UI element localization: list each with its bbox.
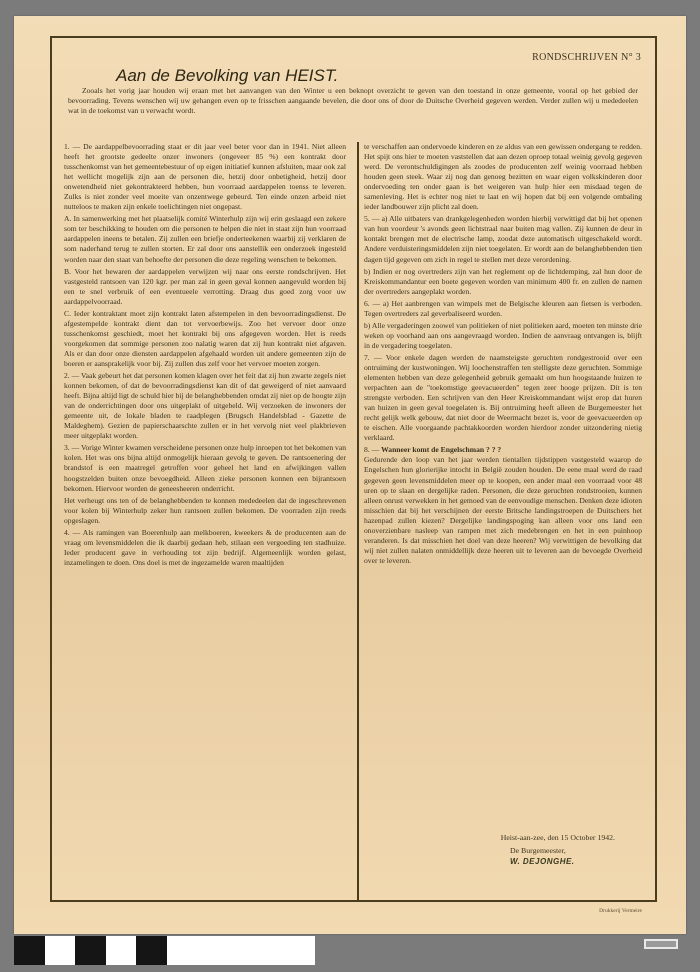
signatory-name: W. DEJONGHE. <box>510 857 575 866</box>
intro-paragraph: Zooals het vorig jaar houden wij eraan m… <box>68 86 638 117</box>
paragraph-number: 6. — <box>364 299 383 308</box>
paragraph: 8. — Wanneer komt de Engelschman ? ? ?Ge… <box>364 445 642 566</box>
paragraph-number: 2. — <box>64 371 81 380</box>
paragraph-text: a) Alle uitbaters van drankgelegenheden … <box>364 214 642 263</box>
scale-block-white <box>106 936 136 965</box>
paragraph-number: C. <box>64 309 74 318</box>
paragraph-text: Als ramingen van Boerenhulp aan melkboer… <box>64 528 346 567</box>
paragraph-text: Vorige Winter kwamen verscheidene person… <box>64 443 346 492</box>
paragraph-number: b) <box>364 267 373 276</box>
paragraph: b) Alle vergaderingen zoowel van politie… <box>364 321 642 351</box>
color-scale-bar <box>14 936 315 965</box>
paragraph: 4. — Als ramingen van Boerenhulp aan mel… <box>64 528 346 568</box>
paragraph-text: Ieder kontraktant moet zijn kontrakt lat… <box>64 309 346 368</box>
signatory-role: De Burgemeester, <box>510 846 566 855</box>
paragraph-number: B. <box>64 267 74 276</box>
paragraph-text: Voor het bewaren der aardappelen verwijz… <box>64 267 346 306</box>
scale-block-white <box>45 936 75 965</box>
paragraph-number: 8. — <box>364 445 381 454</box>
paragraph: Het verheugt ons ten of de belanghebbend… <box>64 496 346 526</box>
paragraph-number: b) <box>364 321 372 330</box>
paragraph-text: a) Het aanbrengen van wimpels met de Bel… <box>364 299 642 318</box>
paragraph: C. Ieder kontraktant moet zijn kontrakt … <box>64 309 346 369</box>
paragraph: B. Voor het bewaren der aardappelen verw… <box>64 267 346 307</box>
paragraph-number: 4. — <box>64 528 83 537</box>
paragraph-number: 7. — <box>364 353 386 362</box>
document-sheet: RONDSCHRIJVEN N° 3 Aan de Bevolking van … <box>14 16 686 934</box>
paragraph: b) Indien er nog overtreders zijn van he… <box>364 267 642 297</box>
column-divider <box>357 142 359 900</box>
paragraph: 1. — De aardappelbevoorrading staat er d… <box>64 142 346 212</box>
paragraph-text: De aardappelbevoorrading staat er dit ja… <box>64 142 346 211</box>
paragraph: 2. — Vaak gebeurt het dat personen komen… <box>64 371 346 441</box>
paragraph: 3. — Vorige Winter kwamen verscheidene p… <box>64 443 346 493</box>
paragraph-text: Indien er nog overtreders zijn van het r… <box>364 267 642 296</box>
paragraph: te verschaffen aan ondervoede kinderen e… <box>364 142 642 212</box>
paragraph-text: Gedurende den loop van het jaar werden t… <box>364 455 642 564</box>
paragraph: 6. — a) Het aanbrengen van wimpels met d… <box>364 299 642 319</box>
paragraph-text: Voor enkele dagen werden de naamsteigste… <box>364 353 642 442</box>
scale-block-black <box>14 936 45 965</box>
document-title: Aan de Bevolking van HEIST. <box>116 66 338 86</box>
document-frame: RONDSCHRIJVEN N° 3 Aan de Bevolking van … <box>50 36 657 902</box>
paragraph-number: 3. — <box>64 443 81 452</box>
paragraph: A. In samenwerking met het plaatselijk c… <box>64 214 346 264</box>
left-column: 1. — De aardappelbevoorrading staat er d… <box>64 142 346 570</box>
paragraph-text: Alle vergaderingen zoowel van politieken… <box>364 321 642 350</box>
paragraph-text: te verschaffen aan ondervoede kinderen e… <box>364 142 642 211</box>
scale-block-white-long <box>167 936 315 965</box>
right-column: te verschaffen aan ondervoede kinderen e… <box>364 142 642 568</box>
paragraph-text: Vaak gebeurt het dat personen komen klag… <box>64 371 346 440</box>
place-date: Heist-aan-zee, den 15 October 1942. <box>501 833 615 842</box>
circular-number: RONDSCHRIJVEN N° 3 <box>532 52 641 63</box>
scale-block-black <box>75 936 106 965</box>
scale-ruler-icon <box>644 939 678 949</box>
paragraph-number: 1. — <box>64 142 83 151</box>
scale-block-black <box>136 936 167 965</box>
paragraph-number: A. <box>64 214 74 223</box>
paragraph-text: In samenwerking met het plaatselijk comi… <box>64 214 346 263</box>
paragraph-heading: Wanneer komt de Engelschman ? ? ? <box>381 445 501 454</box>
paragraph: 5. — a) Alle uitbaters van drankgelegenh… <box>364 214 642 264</box>
paragraph: 7. — Voor enkele dagen werden de naamste… <box>364 353 642 443</box>
printer-mark: Drukkerij Vermeire <box>599 908 642 914</box>
paragraph-number: 5. — <box>364 214 382 223</box>
paragraph-text: Het verheugt ons ten of de belanghebbend… <box>64 496 346 525</box>
